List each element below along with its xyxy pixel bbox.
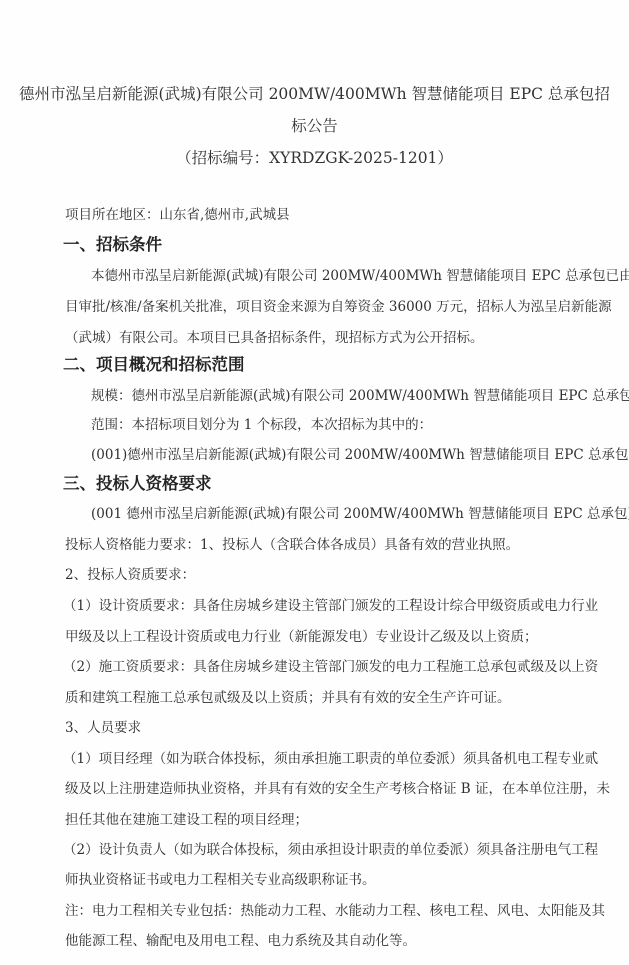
section-heading-1: 一、招标条件 [63, 231, 162, 255]
section3-line: （2）施工资质要求：具备住房城乡建设主管部门颁发的电力工程施工总承包贰级及以上资 [63, 655, 598, 675]
section2-line: 规模：德州市泓呈启新能源(武城)有限公司 200MW/400MWh 智慧储能项目… [91, 384, 629, 404]
section1-line: 目审批/核准/备案机关批准，项目资金来源为自筹资金 36000 万元，招标人为泓… [65, 295, 612, 315]
section3-line: 投标人资格能力要求：1、投标人（含联合体各成员）具备有效的营业执照。 [65, 533, 519, 553]
section1-line: （武城）有限公司。本项目已具备招标条件，现招标方式为公开招标。 [65, 326, 484, 346]
section3-note: 他能源工程、输配电及用电工程、电力系统及其自动化等。 [65, 929, 416, 949]
section3-line: （1）项目经理（如为联合体投标，须由承担施工职责的单位委派）须具备机电工程专业贰 [63, 747, 598, 767]
section3-note: 注：电力工程相关专业包括：热能动力工程、水能动力工程、核电工程、风电、太阳能及其 [65, 899, 605, 919]
document-title-line2: 标公告 [0, 114, 629, 136]
section3-line: 级及以上注册建造师执业资格，并具有有效的安全生产考核合格证 B 证，在本单位注册… [65, 777, 610, 797]
section3-line: 师执业资格证书或电力工程相关专业高级职称证书。 [65, 868, 376, 888]
section3-line: 3、人员要求 [65, 716, 141, 736]
section-heading-2: 二、项目概况和招标范围 [63, 351, 245, 375]
section-heading-3: 三、投标人资格要求 [63, 470, 212, 494]
section3-line: （1）设计资质要求：具备住房城乡建设主管部门颁发的工程设计综合甲级资质或电力行业 [63, 594, 598, 614]
section3-line: 质和建筑工程施工总承包贰级及以上资质；并具有有效的安全生产许可证。 [65, 686, 511, 706]
section2-line: (001)德州市泓呈启新能源(武城)有限公司 200MW/400MWh 智慧储能… [91, 443, 629, 463]
section3-line: （2）设计负责人（如为联合体投标，须由承担设计职责的单位委派）须具备注册电气工程 [63, 838, 598, 858]
section3-line: (001 德州市泓呈启新能源(武城)有限公司 200MW/400MWh 智慧储能… [91, 502, 629, 522]
tender-number: （招标编号：XYRDZGK-2025-1201） [0, 146, 629, 168]
document-title-line1: 德州市泓呈启新能源(武城)有限公司 200MW/400MWh 智慧储能项目 EP… [0, 82, 629, 104]
section3-line: 2、投标人资质要求： [65, 563, 195, 583]
project-region: 项目所在地区：山东省,德州市,武城县 [65, 203, 290, 223]
section2-line: 范围：本招标项目划分为 1 个标段，本次招标为其中的： [91, 413, 432, 433]
section1-line: 本德州市泓呈启新能源(武城)有限公司 200MW/400MWh 智慧储能项目 E… [91, 264, 629, 284]
section3-line: 担任其他在建施工建设工程的项目经理； [65, 808, 308, 828]
section3-line: 甲级及以上工程设计资质或电力行业（新能源发电）专业设计乙级及以上资质； [65, 625, 538, 645]
